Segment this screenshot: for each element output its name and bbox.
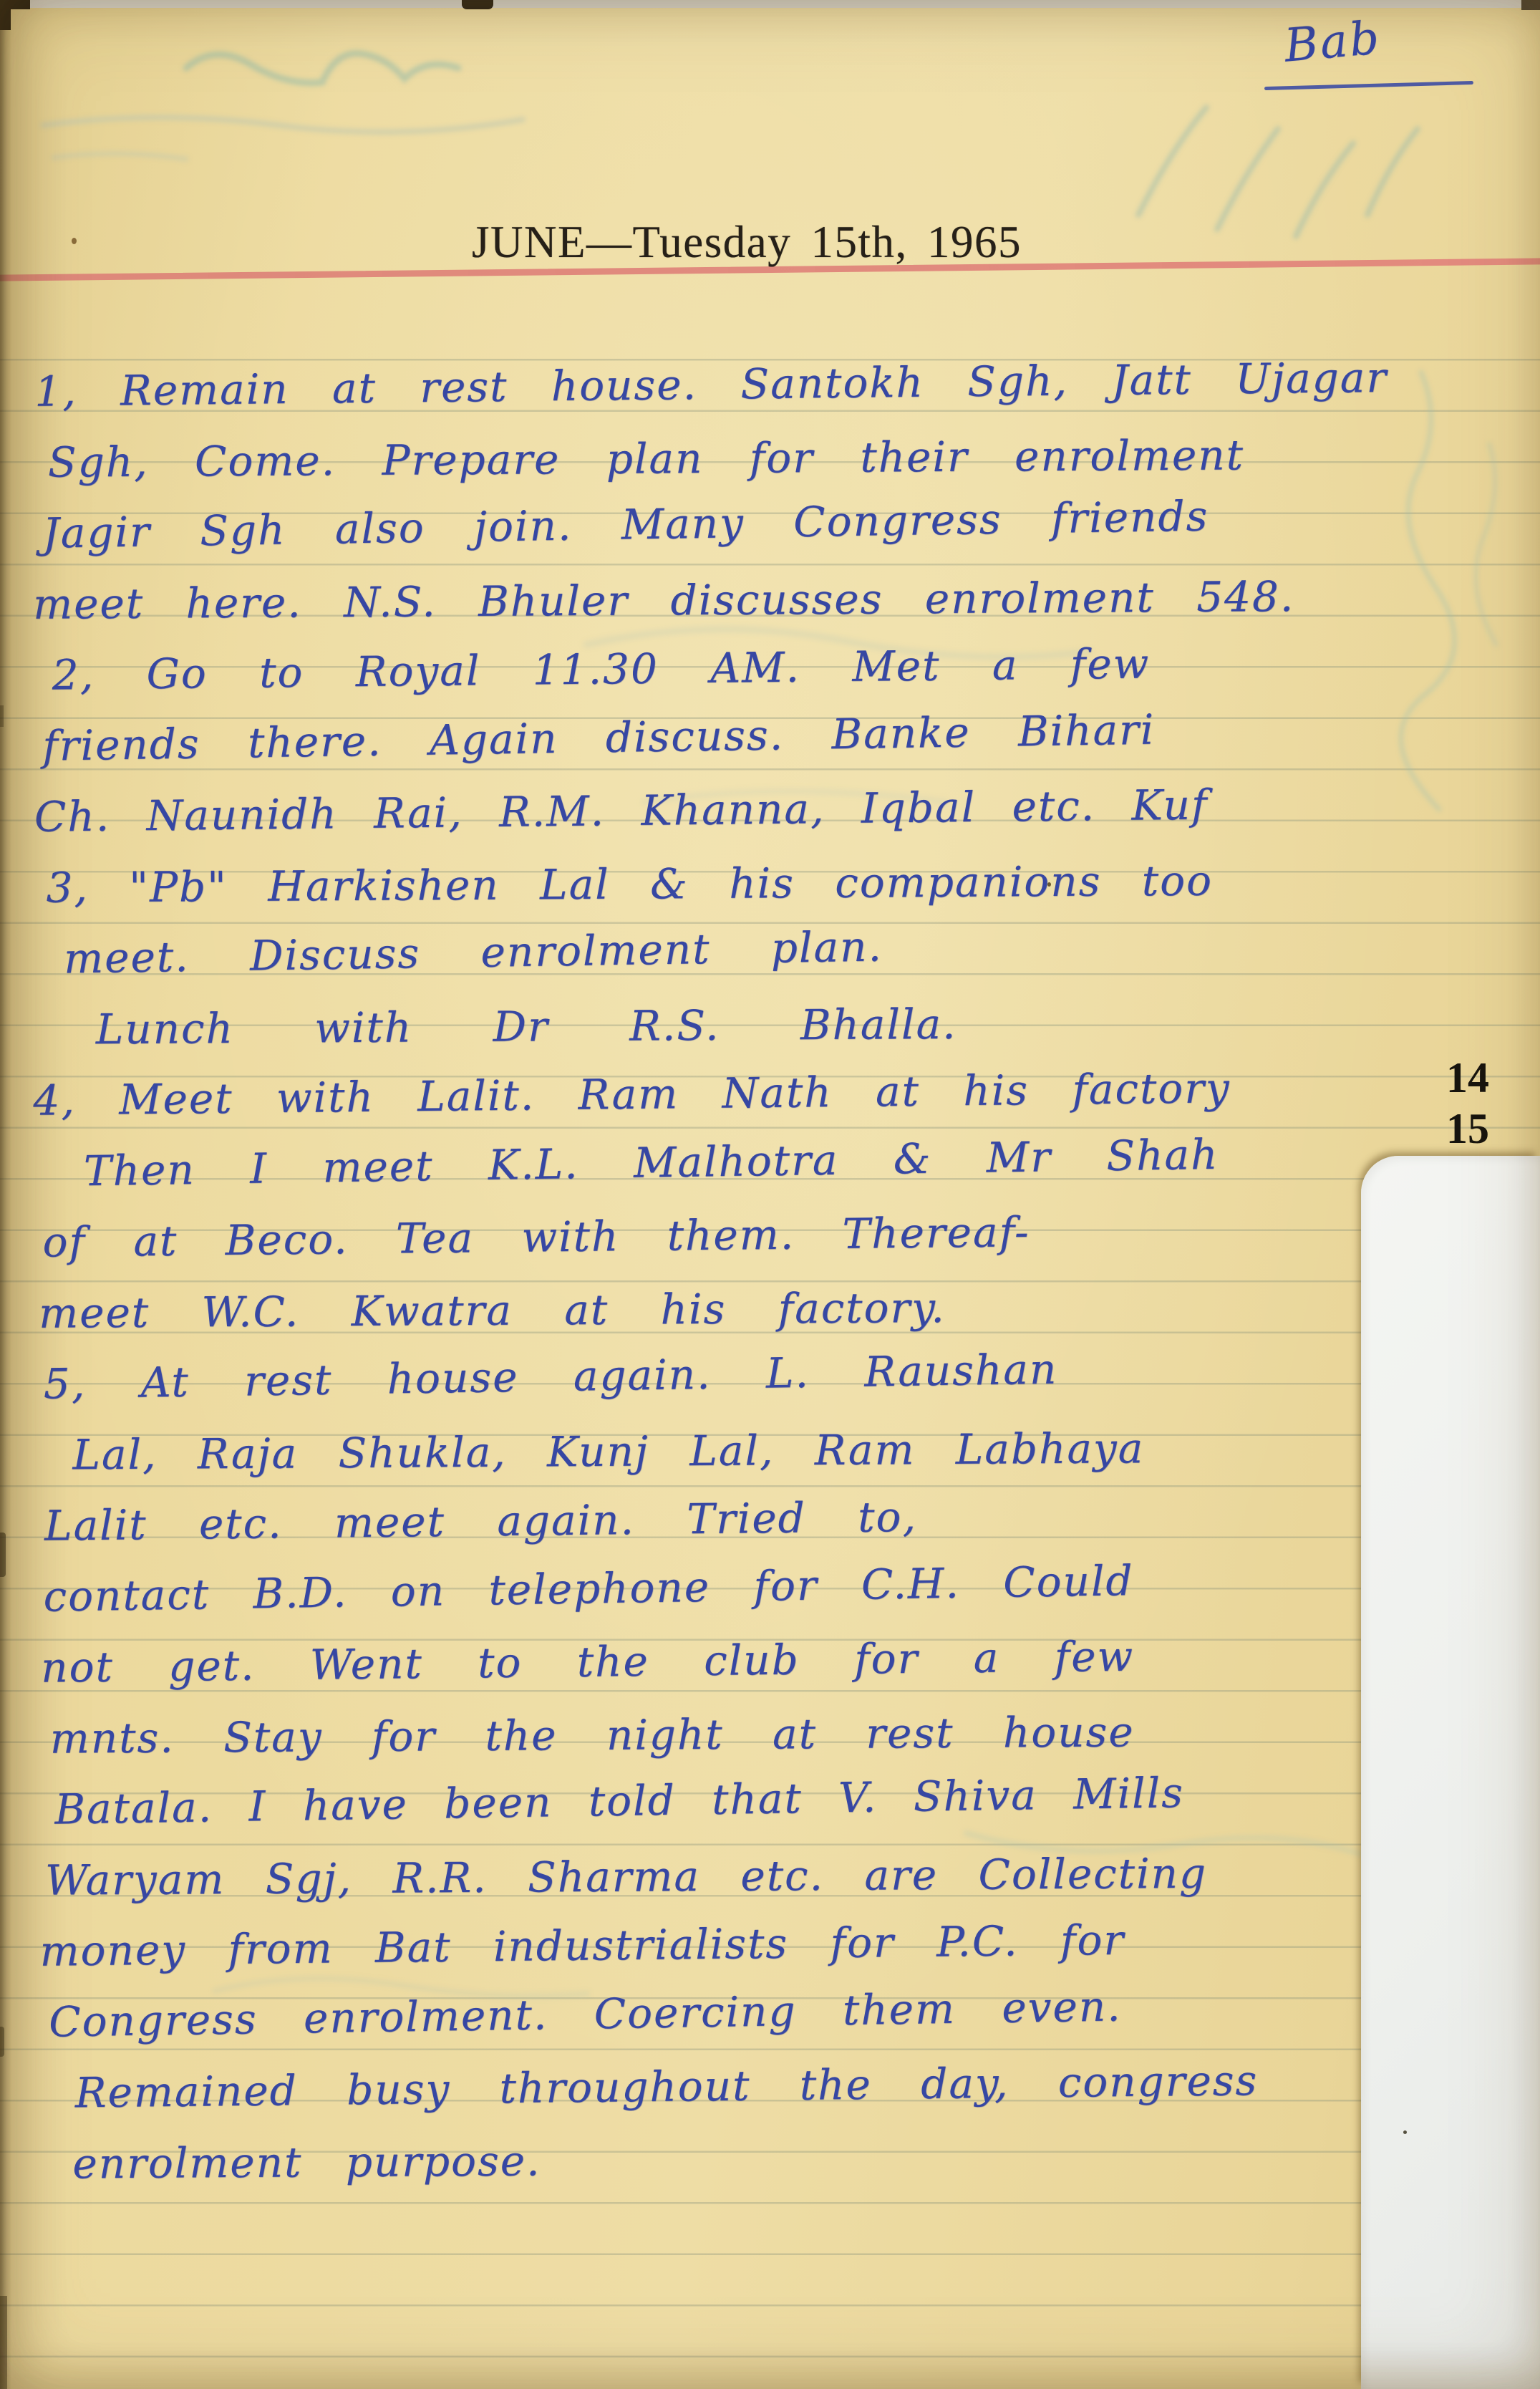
handwritten-line: not get. Went to the club for a few [41, 1617, 1540, 1704]
printed-date-header: JUNE—Tuesday 15th, 1965 [0, 216, 1493, 268]
spine-notch [0, 2027, 4, 2057]
paper-speck [72, 238, 77, 244]
spine-notch [0, 1533, 6, 1577]
handwritten-line: Remained busy throughout the day, congre… [74, 2042, 1540, 2129]
handwritten-line: enrolment purpose. [72, 2120, 1540, 2200]
handwritten-line: of at Beco. Tea with them. Thereaf- [42, 1192, 1540, 1278]
handwritten-line: Ch. Naunidh Rai, R.M. Khanna, Iqbal etc.… [34, 766, 1540, 853]
scanned-diary-page: JUNE—Tuesday 15th, 1965 Bab 1, Remain at… [0, 0, 1540, 2389]
scanner-edge-band [0, 0, 1540, 8]
page-number-14: 14 [1435, 1053, 1501, 1104]
printed-page-numbers: 14 15 [1435, 1053, 1501, 1154]
diary-entry-text: 1, Remain at rest house. Santokh Sgh, Ja… [0, 347, 1540, 2200]
underlying-page-corner [1361, 1156, 1540, 2389]
handwritten-corner-note: Bab [1282, 11, 1383, 72]
spine-notch [0, 705, 4, 727]
paper-speck [1403, 2130, 1407, 2134]
scan-corner-mark [0, 0, 30, 9]
scan-edge-mark [462, 0, 493, 9]
page-number-15: 15 [1435, 1104, 1501, 1154]
scan-corner-mark [0, 2296, 7, 2389]
scan-corner-mark [1521, 0, 1540, 10]
handwritten-line: 1, Remain at rest house. Santokh Sgh, Ja… [34, 341, 1540, 428]
corner-note-underline [1264, 81, 1473, 90]
